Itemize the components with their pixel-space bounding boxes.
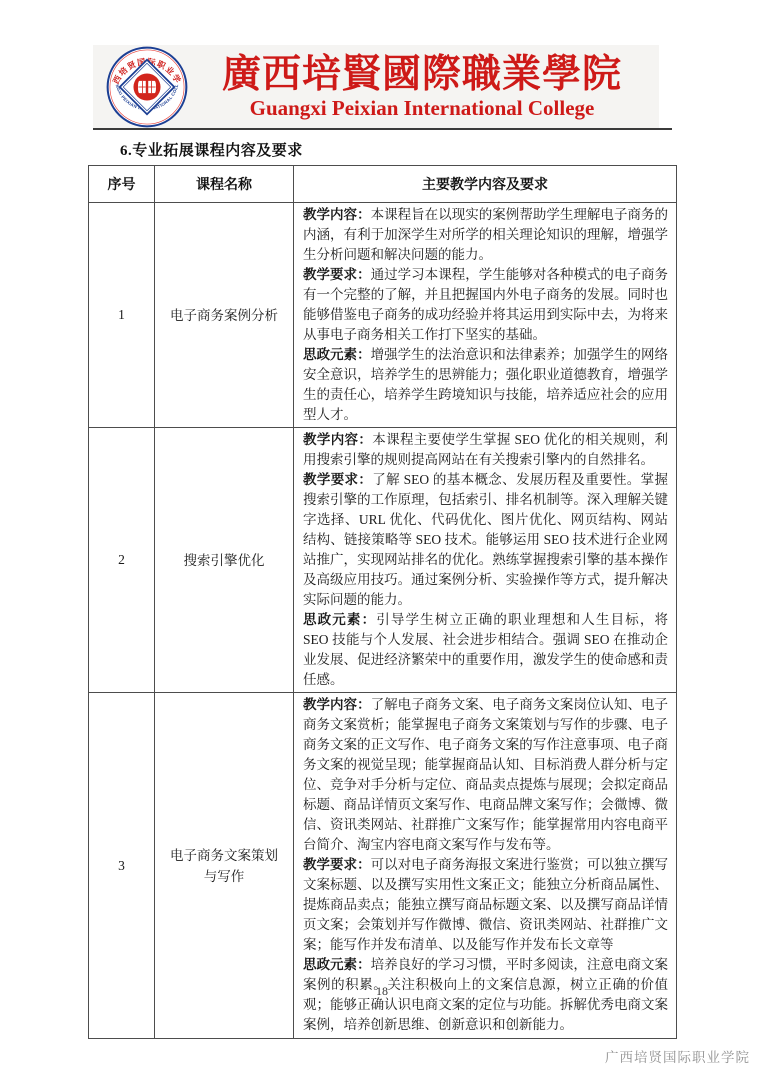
- section-title: 6.专业拓展课程内容及要求: [120, 139, 303, 160]
- college-name-chinese: 廣西培賢國際職業學院: [191, 54, 653, 96]
- table-header-row: 序号 课程名称 主要教学内容及要求: [89, 166, 677, 203]
- content-paragraph: 思政元素：增强学生的法治意识和法律素养；加强学生的网络安全意识，培养学生的思辨能…: [303, 345, 668, 425]
- content-paragraph: 教学内容：本课程主要使学生掌握 SEO 优化的相关规则，利用搜索引擎的规则提高网…: [303, 430, 668, 470]
- college-logo: 广西培贤国际职业学院 GUANGXI PEIXIAN INTERNATIONAL…: [103, 46, 191, 128]
- header-cell-number: 序号: [89, 166, 155, 203]
- paragraph-label: 思政元素：: [303, 347, 371, 362]
- college-name-english: Guangxi Peixian International College: [191, 96, 653, 120]
- paragraph-label: 教学要求：: [303, 857, 371, 872]
- content-paragraph: 教学内容：本课程旨在以现实的案例帮助学生理解电子商务的内涵，有利于加深学生对所学…: [303, 205, 668, 265]
- paragraph-label: 教学内容：: [303, 207, 371, 222]
- header-cell-course: 课程名称: [155, 166, 294, 203]
- header-cell-content: 主要教学内容及要求: [294, 166, 677, 203]
- paragraph-label: 思政元素：: [303, 612, 376, 627]
- paragraph-label: 教学要求：: [303, 267, 371, 282]
- footer-watermark: 广西培贤国际职业学院: [605, 1046, 750, 1066]
- paragraph-label: 教学内容：: [303, 432, 372, 447]
- course-name-cell: 电子商务案例分析: [155, 203, 294, 428]
- table-row: 2 搜索引擎优化 教学内容：本课程主要使学生掌握 SEO 优化的相关规则，利用搜…: [89, 428, 677, 693]
- course-content-cell: 教学内容：本课程主要使学生掌握 SEO 优化的相关规则，利用搜索引擎的规则提高网…: [294, 428, 677, 693]
- page-number: 18: [88, 984, 676, 999]
- paragraph-label: 教学要求：: [303, 472, 372, 487]
- college-titles: 廣西培賢國際職業學院 Guangxi Peixian International…: [191, 54, 659, 120]
- content-paragraph: 教学要求：通过学习本课程，学生能够对各种模式的电子商务有一个完整的了解，并且把握…: [303, 265, 668, 345]
- table-row: 1 电子商务案例分析 教学内容：本课程旨在以现实的案例帮助学生理解电子商务的内涵…: [89, 203, 677, 428]
- paragraph-label: 教学内容：: [303, 697, 371, 712]
- document-page: 广西培贤国际职业学院 GUANGXI PEIXIAN INTERNATIONAL…: [0, 0, 764, 1080]
- content-paragraph: 思政元素：引导学生树立正确的职业理想和人生目标，将 SEO 技能与个人发展、社会…: [303, 610, 668, 690]
- course-name-cell: 搜索引擎优化: [155, 428, 294, 693]
- header-divider: [93, 128, 672, 130]
- paragraph-text: 了解 SEO 的基本概念、发展历程及重要性。掌握搜索引擎的工作原理，包括索引、排…: [303, 472, 668, 607]
- content-paragraph: 教学要求：可以对电子商务海报文案进行鉴赏；可以独立撰写文案标题、以及撰写实用性文…: [303, 855, 668, 955]
- college-emblem-icon: 广西培贤国际职业学院 GUANGXI PEIXIAN INTERNATIONAL…: [103, 46, 191, 128]
- paragraph-text: 了解电子商务文案、电子商务文案岗位认知、电子商务文案赏析；能掌握电子商务文案策划…: [303, 697, 668, 852]
- course-content-cell: 教学内容：本课程旨在以现实的案例帮助学生理解电子商务的内涵，有利于加深学生对所学…: [294, 203, 677, 428]
- row-number-cell: 2: [89, 428, 155, 693]
- content-paragraph: 教学内容：了解电子商务文案、电子商务文案岗位认知、电子商务文案赏析；能掌握电子商…: [303, 695, 668, 855]
- row-number-cell: 1: [89, 203, 155, 428]
- paragraph-label: 思政元素：: [303, 957, 371, 972]
- college-header: 广西培贤国际职业学院 GUANGXI PEIXIAN INTERNATIONAL…: [93, 45, 659, 129]
- course-table: 序号 课程名称 主要教学内容及要求 1 电子商务案例分析 教学内容：本课程旨在以…: [88, 165, 677, 1039]
- content-paragraph: 教学要求：了解 SEO 的基本概念、发展历程及重要性。掌握搜索引擎的工作原理，包…: [303, 470, 668, 610]
